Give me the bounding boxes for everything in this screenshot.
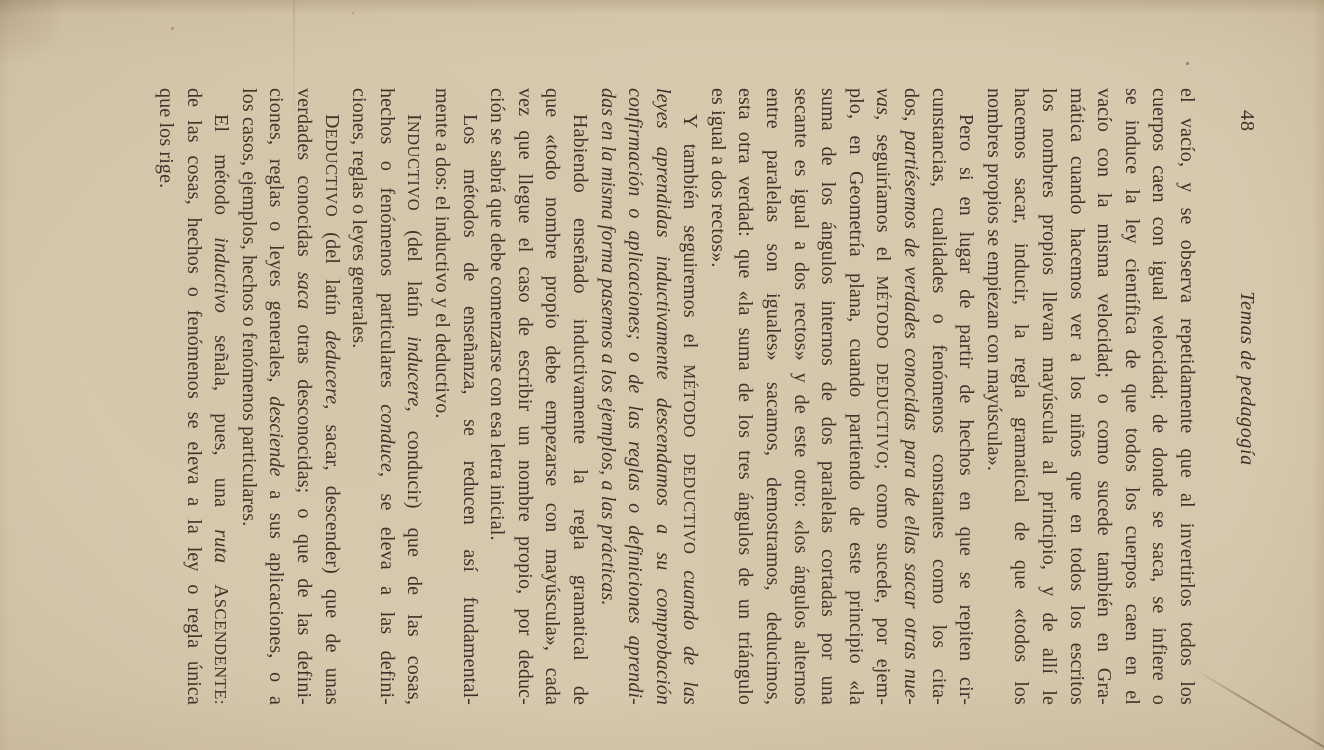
text-line: Y también seguiremos el MÉTODO DEDUCTIVO… xyxy=(676,88,704,705)
text-line: das en la misma forma pasemos a los ejem… xyxy=(593,88,621,705)
body-text: el vacío, y se observa repetidamente que… xyxy=(151,88,1200,705)
text-line: dos, partiésemos de verdades conocidas p… xyxy=(896,88,924,705)
text-line: cuerpos caen con igual velocidad; de don… xyxy=(1145,88,1173,705)
page-sheet: 48 Temas de pedagogía el vacío, y se obs… xyxy=(0,0,1324,750)
text-line: entre paralelas son iguales» sacamos, de… xyxy=(759,88,787,705)
scanned-book-page: 48 Temas de pedagogía el vacío, y se obs… xyxy=(0,0,1324,750)
text-line: secante es igual a dos rectos» y de este… xyxy=(786,88,814,705)
text-line: esta otra verdad: que «la suma de los tr… xyxy=(731,88,759,705)
text-line: vez que llegue el caso de escribir un no… xyxy=(510,88,538,705)
text-line: es igual a dos rectos». xyxy=(703,88,731,705)
text-line: ciones, reglas o leyes generales. xyxy=(345,88,373,705)
text-line: plo, en Geometría plana, cuando partiend… xyxy=(841,88,869,705)
text-line: de las cosas, hechos o fenómenos se elev… xyxy=(179,88,207,705)
text-line: suma de los ángulos internos de dos para… xyxy=(814,88,842,705)
text-line: Habiendo enseñado inductivamente la regl… xyxy=(565,88,593,705)
text-line: ción se sabrá que debe comenzarse con es… xyxy=(483,88,511,705)
text-line: leyes aprendidas inductivamente descenda… xyxy=(648,88,676,705)
text-line: el vacío, y se observa repetidamente que… xyxy=(1172,88,1200,705)
text-line: los casos, ejemplos, hechos o fenómenos … xyxy=(234,88,262,705)
text-line: vas, seguiríamos el MÉTODO DEDUCTIVO; co… xyxy=(869,88,897,705)
text-line: vacío con la misma velocidad; o como suc… xyxy=(1090,88,1118,705)
text-line: El método inductivo señala, pues, una ru… xyxy=(207,88,235,705)
running-title: Temas de pedagogía xyxy=(1234,70,1260,687)
text-line: DEDUCTIVO (del latín deducere, sacar, de… xyxy=(317,88,345,705)
text-line: confirmación o aplicaciones; o de las re… xyxy=(621,88,649,705)
text-line: nombres propios se empiezan con mayúscul… xyxy=(979,88,1007,705)
text-line: hacemos sacar, inducir, la regla gramati… xyxy=(1007,88,1035,705)
text-line: Los métodos de enseñanza, se reducen así… xyxy=(455,88,483,705)
text-line: mente a dos: el inductivo y el deductivo… xyxy=(427,88,455,705)
text-line: que los rige. xyxy=(151,88,179,705)
text-line: los nombres propios llevan mayúscula al … xyxy=(1034,88,1062,705)
text-line: que «todo nombre propio debe empezarse c… xyxy=(538,88,566,705)
text-line: se induce la ley científica de que todos… xyxy=(1117,88,1145,705)
text-line: Pero si en lugar de partir de hechos en … xyxy=(952,88,980,705)
text-line: cunstancias, cualidades o fenómenos cons… xyxy=(924,88,952,705)
page-header: 48 Temas de pedagogía xyxy=(1234,88,1260,705)
text-line: INDUCTIVO (del latín inducere, conducir)… xyxy=(400,88,428,705)
text-line: ciones, reglas o leyes generales, descie… xyxy=(262,88,290,705)
text-line: verdades conocidas saca otras desconocid… xyxy=(289,88,317,705)
text-line: mática cuando hacemos ver a los niños qu… xyxy=(1062,88,1090,705)
text-line: hechos o fenómenos particulares conduce,… xyxy=(372,88,400,705)
